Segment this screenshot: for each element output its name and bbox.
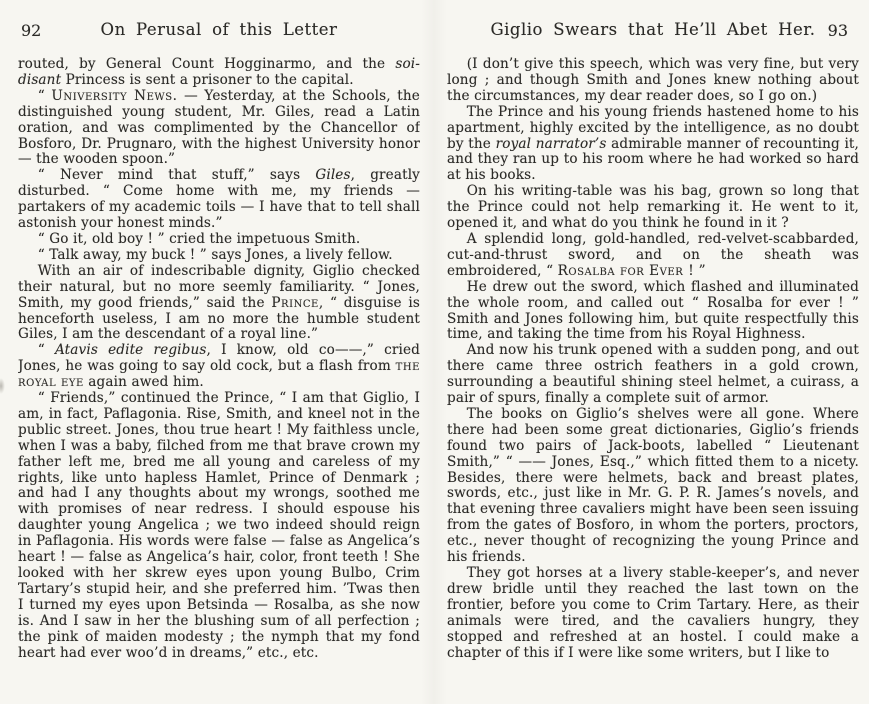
text-segment: (I don’t give this speech, which was ver… [447, 57, 859, 104]
page-body-left: routed, by General Count Hogginarmo, and… [18, 57, 420, 661]
text-segment: “ Go it, old boy ! ” cried the impetuous… [38, 231, 361, 247]
paragraph: With an air of indescribable dignity, Gi… [18, 264, 420, 344]
italic-text: Giles [315, 167, 350, 183]
text-segment: “ [38, 342, 55, 358]
text-segment: again awed him. [84, 374, 204, 390]
paragraph: “ Never mind that stuff,” says Giles, gr… [18, 168, 420, 232]
text-segment: “ [38, 88, 52, 104]
paragraph: “ Go it, old boy ! ” cried the impetuous… [18, 232, 420, 248]
smallcaps-text: University News. [51, 88, 177, 104]
running-head-right: Giglio Swears that He’ll Abet Her. [447, 20, 859, 39]
page-body-right: (I don’t give this speech, which was ver… [447, 57, 859, 661]
text-segment: routed, by General Count Hogginarmo, and… [18, 57, 395, 72]
smallcaps-text: Prince [271, 295, 319, 311]
paragraph: “ Atavis edite regibus, I know, old co——… [18, 343, 420, 391]
text-segment: ” [694, 263, 706, 279]
page-number-right: 93 [828, 21, 848, 40]
paragraph: And now his trunk opened with a sudden p… [447, 343, 859, 407]
page-header-right: Giglio Swears that He’ll Abet Her. 93 [447, 20, 859, 44]
text-segment: And now his trunk opened with a sudden p… [447, 342, 859, 406]
paragraph: “ Talk away, my buck ! ” says Jones, a l… [18, 248, 420, 264]
text-segment: “ Never mind that stuff,” says [38, 167, 316, 183]
paragraph: “ University News. — Yesterday, at the S… [18, 89, 420, 169]
text-segment: He drew out the sword, which flashed and… [447, 279, 859, 343]
page-left: 92 On Perusal of this Letter routed, by … [0, 0, 434, 704]
paragraph: On his writing-table was his bag, grown … [447, 184, 859, 232]
paragraph: “ Friends,” continued the Prince, “ I am… [18, 391, 420, 661]
smallcaps-text: Rosalba for Ever ! [558, 263, 695, 279]
paragraph: routed, by General Count Hogginarmo, and… [18, 57, 420, 89]
page-right: Giglio Swears that He’ll Abet Her. 93 (I… [434, 0, 869, 704]
book-spread: 92 On Perusal of this Letter routed, by … [0, 0, 869, 704]
text-segment: “ Friends,” continued the Prince, “ I am… [18, 390, 420, 661]
paragraph: The books on Giglio’s shelves were all g… [447, 407, 859, 566]
text-segment: They got horses at a livery stable-keepe… [447, 565, 859, 661]
text-segment: Princess is sent a prisoner to the capit… [61, 72, 354, 88]
running-head-left: On Perusal of this Letter [18, 20, 420, 39]
text-segment: The books on Giglio’s shelves were all g… [447, 406, 859, 565]
text-segment: On his writing-table was his bag, grown … [447, 183, 859, 231]
italic-text: Atavis edite regibus [55, 342, 207, 358]
page-header-left: 92 On Perusal of this Letter [18, 20, 420, 44]
paragraph: (I don’t give this speech, which was ver… [447, 57, 859, 105]
paragraph: He drew out the sword, which flashed and… [447, 280, 859, 344]
italic-text: royal narrator’s [496, 136, 607, 152]
paragraph: The Prince and his young friends hastene… [447, 105, 859, 185]
page-number-left: 92 [21, 21, 41, 40]
text-segment: “ Talk away, my buck ! ” says Jones, a l… [38, 247, 393, 263]
paragraph: A splendid long, gold-handled, red-velve… [447, 232, 859, 280]
paragraph: They got horses at a livery stable-keepe… [447, 566, 859, 661]
